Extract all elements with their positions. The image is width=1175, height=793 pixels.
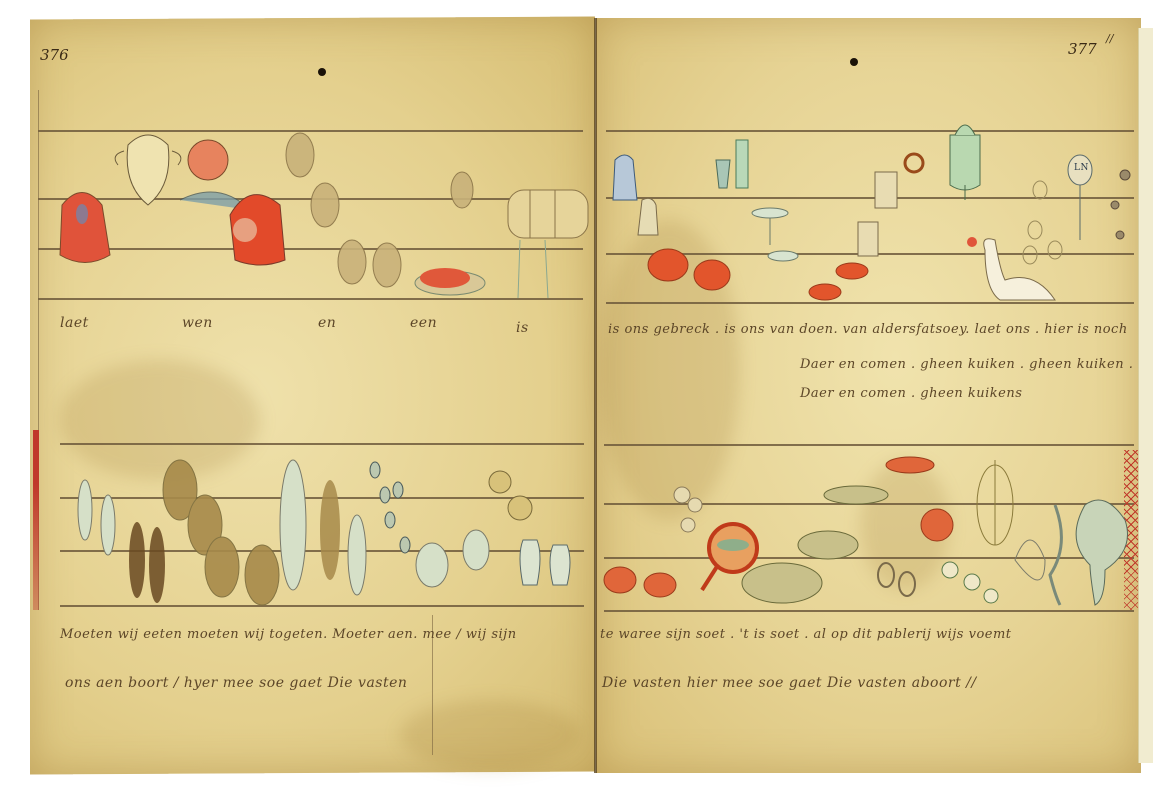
tankard-icon (858, 172, 897, 256)
bird-icon (1111, 170, 1130, 239)
pretzel-icon (878, 563, 915, 596)
eggs-icon (1023, 181, 1062, 264)
eel-icon (1050, 505, 1061, 605)
jug-icon (613, 155, 658, 235)
barrel-icon (508, 190, 588, 298)
onion-string-icon (977, 460, 1013, 545)
crab-icon (1015, 540, 1045, 580)
lyric-word: laet (60, 315, 89, 331)
radish-icon (942, 562, 998, 603)
hooded-head-icon (230, 195, 285, 265)
grotesque-head-icon (60, 193, 110, 263)
mirror-label: LN (1074, 163, 1089, 173)
ring-icon (905, 154, 923, 172)
lyric-line: Daer en comen . gheen kuikens (800, 386, 1022, 401)
lyric-word: en (318, 315, 336, 331)
lyric-line: Moeten wij eeten moeten wij togeten. Moe… (60, 627, 517, 642)
lyric-word: is (516, 320, 529, 336)
lyric-line: te waree sijn soet . 't is soet . al op … (600, 627, 1012, 642)
bald-head-icon (180, 140, 250, 210)
ham-icon (163, 460, 279, 605)
tazza-icon (752, 208, 798, 261)
lyric-word: wen (182, 315, 213, 331)
mussels-icon (370, 462, 410, 553)
ray-icon (1076, 500, 1127, 605)
lyric-line: Daer en comen . gheen kuiken . gheen kui… (800, 357, 1133, 372)
lyric-line: ons aen boort / hyer mee soe gaet Die va… (65, 675, 407, 691)
food-platter-icon (742, 486, 888, 603)
mask-icon (115, 135, 181, 205)
lyric-line: Die vasten hier mee soe gaet Die vasten … (602, 675, 977, 691)
covered-cup-icon (950, 125, 980, 200)
beaker-icon (716, 140, 748, 188)
lyric-word: een (410, 315, 437, 331)
poultry-icon (286, 133, 473, 287)
jug-icon (520, 540, 570, 585)
bread-icon (674, 487, 702, 532)
roast-fowl-icon (415, 268, 485, 295)
swan-icon (967, 237, 1055, 300)
red-pot-icon (648, 249, 868, 300)
open-manuscript: 376 377 // (0, 0, 1175, 793)
lyric-line: is ons gebreck . is ons van doen. van al… (608, 322, 1128, 337)
biscuit-icon (489, 471, 532, 520)
